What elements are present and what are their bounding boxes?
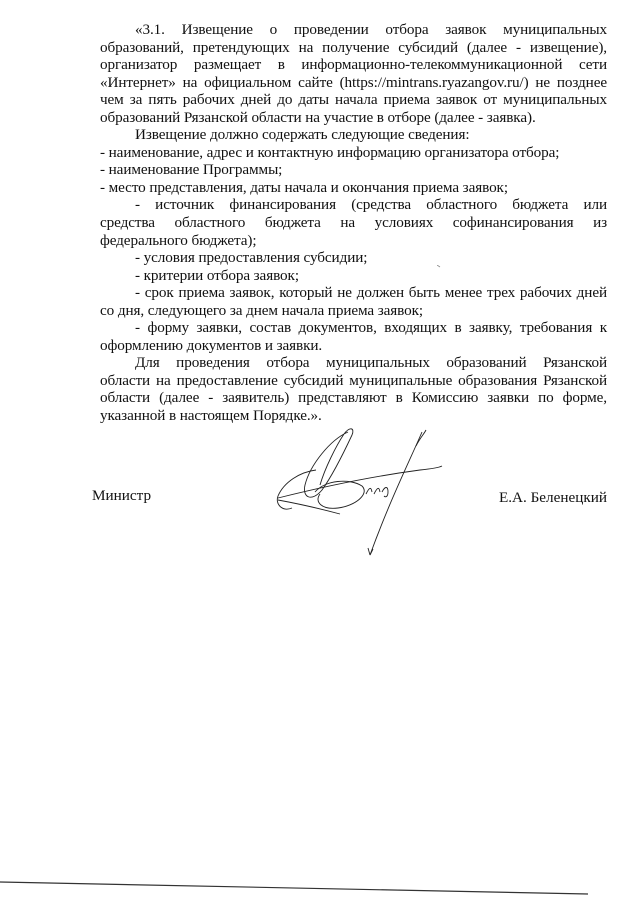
signatory-title: Министр [92,487,151,505]
text-line: оформлению документов и заявки. [100,337,607,355]
text-line: - источник финансирования (средства обла… [100,196,607,214]
list-item: - критерии отбора заявок; [100,267,607,285]
text-line: области (далее - заявитель) представляют… [100,389,607,407]
list-item: - наименование, адрес и контактную инфор… [100,144,607,162]
scan-edge-line [0,880,600,900]
list-item: - условия предоставления субсидии; [100,249,607,267]
list-item: - место представления, даты начала и око… [100,179,607,197]
text-line: - срок приема заявок, который не должен … [100,284,607,302]
text-line: образований Рязанской области на участие… [100,109,607,127]
document-body: «3.1. Извещение о проведении отбора заяв… [100,21,607,425]
text-line: «3.1. Извещение о проведении отбора заяв… [100,21,607,39]
text-line: Для проведения отбора муниципальных обра… [100,354,607,372]
signatory-name: Е.А. Беленецкий [499,489,607,507]
text-line: со дня, следующего за днем начала приема… [100,302,607,320]
list-item-form: - форму заявки, состав документов, входя… [100,319,607,354]
text-line: «Интернет» на официальном сайте (https:/… [100,74,607,92]
text-line: средства областного бюджета на условиях … [100,214,607,232]
closing-paragraph: Для проведения отбора муниципальных обра… [100,354,607,424]
text-line: - форму заявки, состав документов, входя… [100,319,607,337]
scan-speck-icon [437,255,441,258]
text-line: области на предоставление субсидий муниц… [100,372,607,390]
signature-block: Министр Е.А. Беленецкий [100,487,607,517]
list-item-deadline: - срок приема заявок, который не должен … [100,284,607,319]
text-line: чем за пять рабочих дней до даты начала … [100,91,607,109]
list-item-funding: - источник финансирования (средства обла… [100,196,607,249]
text-line: федерального бюджета); [100,232,607,250]
intro-line: Извещение должно содержать следующие све… [100,126,607,144]
text-line: организатор размещает в информационно-те… [100,56,607,74]
text-line: образований, претендующих на получение с… [100,39,607,57]
paragraph-3-1: «3.1. Извещение о проведении отбора заяв… [100,21,607,126]
list-item: - наименование Программы; [100,161,607,179]
